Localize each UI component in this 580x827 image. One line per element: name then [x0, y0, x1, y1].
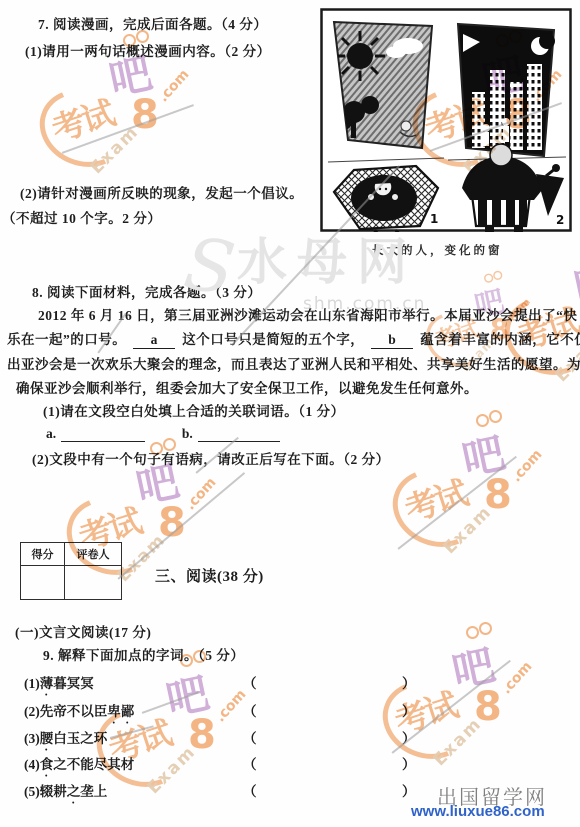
scanned-exam-page: 7. 阅读漫画，完成后面各题。（4 分） (1)请用一两句话概述漫画内容。（2 …	[0, 0, 580, 827]
q9-title: 9. 解释下面加点的字词。（5 分）	[43, 644, 244, 664]
comic-caption: 长大的人，变化的窗	[372, 242, 503, 258]
comic-panel2-window	[458, 24, 555, 156]
comic-panel1-window	[334, 22, 432, 148]
para-text: 蕴含着丰富的内涵，它不仅传达	[420, 332, 580, 347]
grader-label: 评卷人	[65, 543, 121, 566]
scan-artifact-line	[117, 472, 244, 579]
answer-a-line	[61, 428, 145, 442]
footer-site-url: www.liuxue86.com	[411, 803, 545, 820]
q8-title: 8. 阅读下面材料，完成各题。（3 分）	[32, 281, 261, 301]
section3-subsection: (一)文言文阅读(17 分)	[15, 621, 151, 641]
scan-artifact-line	[62, 104, 194, 153]
man-head	[490, 144, 512, 166]
score-table: 得分 评卷人	[20, 542, 122, 600]
animal-sketch	[401, 121, 411, 131]
q8-sub1: (1)请在文段空白处填上合适的关联词语。（1 分）	[43, 400, 345, 420]
q9-item-1: (1)薄暮冥冥 （）	[0, 672, 580, 692]
q9-item-3: (3)腰白玉之环 （）	[0, 727, 580, 747]
q8-para-line2: 乐在一起”的口号。a这个口号只是简短的五个字，b蕴含着丰富的内涵，它不仅传达	[7, 328, 580, 349]
comic-illustration: 1 2	[320, 8, 572, 232]
answer-b-label: b.	[182, 426, 193, 441]
q9-item-2: (2)先帝不以臣卑鄙 （）	[0, 700, 580, 720]
q7-title: 7. 阅读漫画，完成后面各题。（4 分）	[38, 13, 267, 33]
score-cell-empty	[21, 566, 65, 599]
section3-heading: 三、阅读(38 分)	[155, 565, 264, 586]
para-text: 这个口号只是简短的五个字，	[182, 332, 364, 347]
q8-answer-blanks: a. b.	[46, 426, 280, 442]
exam8-watermark: 考试 吧 8 .com Exam	[388, 420, 538, 552]
score-label: 得分	[21, 543, 65, 566]
blank-a: a	[133, 332, 175, 349]
blank-b: b	[371, 332, 413, 349]
q7-sub1: (1)请用一两句话概述漫画内容。（2 分）	[25, 40, 271, 60]
grader-cell-empty	[65, 566, 121, 599]
q8-para-line4: 确保亚沙会顺利举行，组委会加大了安全保卫工作，以避免发生任何意外。	[16, 377, 478, 397]
q8-para-line3: 出亚沙会是一次欢乐大聚会的理念，而且表达了亚洲人民和平相处、共享美好生活的愿望。…	[7, 353, 580, 373]
q7-sub2-line2: （不超过 10 个字。2 分）	[2, 207, 161, 227]
shuimu-name: 水母网	[237, 222, 417, 294]
answer-a-label: a.	[46, 426, 56, 441]
scan-artifact-line	[398, 456, 517, 550]
panel2-number: 2	[556, 213, 564, 227]
panel1-number: 1	[430, 212, 438, 226]
q9-item-4: (4)食之不能尽其材 （）	[0, 753, 580, 773]
q7-sub2-line1: (2)请针对漫画所反映的现象，发起一个倡议。	[20, 182, 303, 202]
answer-b-line	[198, 428, 280, 442]
sun-icon	[347, 43, 373, 69]
